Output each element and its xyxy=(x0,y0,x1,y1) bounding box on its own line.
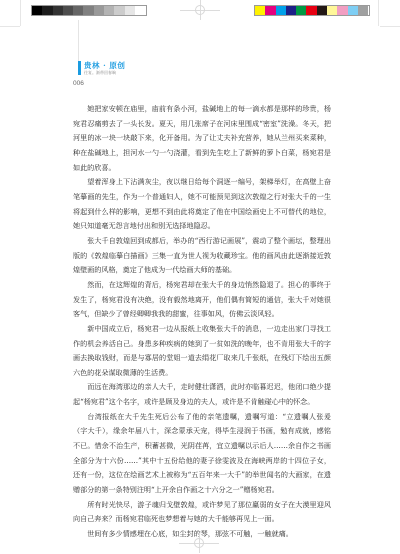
gray-swatch xyxy=(135,6,145,15)
registration-mark-bottom xyxy=(179,533,219,553)
page-number: 006 xyxy=(73,80,84,87)
crop-mark-top-left-h xyxy=(0,26,20,27)
gray-swatch xyxy=(73,6,83,15)
gray-swatch xyxy=(114,6,124,15)
paragraph: 张大千自敦煌回到成都后，举办的“西行游记画展”，震动了整个画坛，整理出版的《敦煌… xyxy=(73,234,331,278)
grayscale-calibration-bar xyxy=(31,5,147,16)
paragraph: 而远在海湾那边的亲人大千，走时健壮潇洒，此时亦临暮迟迟，他闭口绝少提起“杨宛君”… xyxy=(73,380,331,409)
paragraph: 望着浑身上下沾满灰尘，夜以继日给每个洞逐一编号，架梯举灯，在高壁上奋笔摹画的先生… xyxy=(73,175,331,234)
paragraph: 新中国成立后，杨宛君一边从报纸上收集张大千的消息，一边走出家门寻找工作的机会养活… xyxy=(73,322,331,381)
registration-mark-top xyxy=(180,0,220,20)
color-swatch xyxy=(337,6,347,15)
crop-mark-top-left-v xyxy=(20,0,21,26)
gray-swatch xyxy=(53,6,63,15)
color-swatch xyxy=(358,6,368,15)
gray-swatch xyxy=(104,6,114,15)
color-swatch xyxy=(255,6,265,15)
crop-mark-top-right-h xyxy=(380,26,400,27)
color-calibration-bar xyxy=(254,5,370,16)
header-guide-line xyxy=(78,20,79,62)
gray-swatch xyxy=(63,6,73,15)
article-body: 她把家安顿在庙里，庙前有条小河，盐碱地上的每一滴水都是那样的珍贵，杨宛君忍痛剪去… xyxy=(73,102,331,542)
color-swatch xyxy=(327,6,337,15)
paragraph: 她把家安顿在庙里，庙前有条小河，盐碱地上的每一滴水都是那样的珍贵，杨宛君忍痛剪去… xyxy=(73,102,331,175)
color-swatch xyxy=(286,6,296,15)
crop-mark-top-right-v xyxy=(378,0,379,26)
gray-swatch xyxy=(94,6,104,15)
color-swatch xyxy=(265,6,275,15)
gray-swatch xyxy=(42,6,52,15)
gray-swatch xyxy=(125,6,135,15)
color-swatch xyxy=(296,6,306,15)
paragraph: 然而，在这辉煌的背后，杨宛君却在张大千的身边悄然隐退了。担心的事终于发生了，杨宛… xyxy=(73,278,331,322)
color-swatch xyxy=(306,6,316,15)
brand-subtitle: 往复。渐带回春晌 xyxy=(84,70,116,76)
color-swatch xyxy=(276,6,286,15)
gray-swatch xyxy=(32,6,42,15)
color-swatch xyxy=(317,6,327,15)
gray-swatch xyxy=(83,6,93,15)
paragraph: 台湾报纸在大千先生死后公布了他的亲笔遗嘱，遗嘱写道：“立遗嘱人张爰（字大千），缘… xyxy=(73,410,331,498)
brand-accent-stripe xyxy=(78,61,81,75)
paragraph: 所有时光快尽，游子魂归戈壁敦煌，或许梦见了那位羸弱的女子在大漠里迎风向自己奔来？… xyxy=(73,498,331,527)
color-swatch xyxy=(348,6,358,15)
